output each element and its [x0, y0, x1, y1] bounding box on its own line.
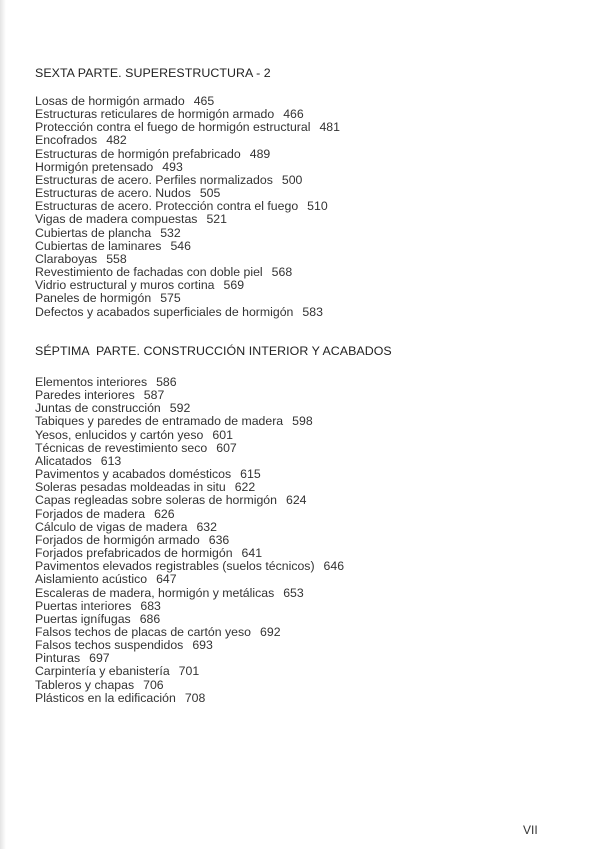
toc-entry-page: 568 [272, 265, 293, 279]
toc-entry-title: Soleras pesadas moldeadas in situ [35, 480, 226, 494]
toc-entry-page: 626 [154, 507, 175, 521]
toc-entry-title: Cubiertas de plancha [35, 226, 151, 240]
toc-entry-title: Revestimiento de fachadas con doble piel [35, 265, 263, 279]
toc-entry-page: 575 [160, 291, 181, 305]
toc-entry-page: 466 [283, 107, 304, 121]
toc-entry-title: Estructuras de acero. Nudos [35, 186, 191, 200]
toc-entry-title: Capas regleadas sobre soleras de hormigó… [35, 493, 277, 507]
page-number: VII [523, 823, 538, 837]
toc-entry-page: 489 [250, 147, 271, 161]
toc-entry-page: 592 [170, 401, 191, 415]
toc-entry-title: Cubiertas de laminares [35, 239, 161, 253]
toc-entry-page: 622 [235, 480, 256, 494]
toc-entry-title: Paneles de hormigón [35, 291, 151, 305]
section-title: SEXTA PARTE. SUPERESTRUCTURA - 2 [35, 66, 340, 80]
toc-entry-page: 521 [206, 212, 227, 226]
toc-entry-title: Estructuras de acero. Perfiles normaliza… [35, 173, 273, 187]
section-septima-parte: SÉPTIMA PARTE. CONSTRUCCIÓN INTERIOR Y A… [35, 344, 392, 705]
toc-entry-page: 647 [156, 572, 177, 586]
toc-entry-page: 708 [185, 691, 206, 705]
toc-entry-title: Aislamiento acústico [35, 572, 147, 586]
toc-entry-title: Pinturas [35, 651, 80, 665]
toc-entry-page: 493 [162, 160, 183, 174]
toc-entry-title: Encofrados [35, 133, 97, 147]
page-edge-shadow [0, 0, 6, 849]
toc-entry-title: Escaleras de madera, hormigón y metálica… [35, 586, 274, 600]
toc-entry-page: 505 [200, 186, 221, 200]
toc-entry-page: 632 [196, 520, 217, 534]
toc-entry-title: Forjados prefabricados de hormigón [35, 546, 233, 560]
toc-entry-title: Vigas de madera compuestas [35, 212, 197, 226]
toc-entry-title: Puertas interiores [35, 599, 131, 613]
toc-entry-page: 613 [101, 454, 122, 468]
toc-entry-page: 465 [194, 94, 215, 108]
toc-entry-page: 481 [319, 120, 340, 134]
toc-entry-title: Falsos techos suspendidos [35, 638, 183, 652]
toc-list: Elementos interiores586Paredes interiore… [35, 372, 392, 705]
toc-entry-title: Pavimentos elevados registrables (suelos… [35, 559, 315, 573]
toc-entry-title: Alicatados [35, 454, 92, 468]
toc-entry-page: 693 [192, 638, 213, 652]
toc-entry-page: 701 [179, 664, 200, 678]
toc-entry-page: 683 [140, 599, 161, 613]
toc-entry-page: 546 [170, 239, 191, 253]
toc-entry-page: 697 [89, 651, 110, 665]
toc-entry-page: 532 [160, 226, 181, 240]
section-sexta-parte: SEXTA PARTE. SUPERESTRUCTURA - 2 Losas d… [35, 66, 340, 319]
toc-entry-title: Defectos y acabados superficiales de hor… [35, 305, 293, 319]
toc-entry: Defectos y acabados superficiales de hor… [35, 306, 340, 319]
toc-entry-title: Puertas ignífugas [35, 612, 131, 626]
toc-entry-page: 510 [307, 199, 328, 213]
toc-entry-title: Cálculo de vigas de madera [35, 520, 187, 534]
toc-entry-page: 558 [106, 252, 127, 266]
toc-entry-page: 583 [302, 305, 323, 319]
toc-entry-page: 586 [156, 375, 177, 389]
toc-entry-title: Elementos interiores [35, 375, 147, 389]
toc-entry-page: 706 [143, 678, 164, 692]
toc-entry-title: Protección contra el fuego de hormigón e… [35, 120, 310, 134]
toc-entry-page: 569 [224, 278, 245, 292]
toc-entry: Plásticos en la edificación708 [35, 692, 392, 705]
toc-entry-page: 607 [216, 441, 237, 455]
toc-entry-title: Yesos, enlucidos y cartón yeso [35, 428, 203, 442]
toc-entry-title: Paredes interiores [35, 388, 135, 402]
toc-entry-page: 601 [212, 428, 233, 442]
toc-entry-page: 598 [292, 414, 313, 428]
toc-entry-title: Técnicas de revestimiento seco [35, 441, 207, 455]
toc-entry-title: Tableros y chapas [35, 678, 134, 692]
toc-entry-title: Hormigón pretensado [35, 160, 153, 174]
toc-entry-title: Estructuras de acero. Protección contra … [35, 199, 298, 213]
toc-entry-title: Plásticos en la edificación [35, 691, 176, 705]
toc-entry-title: Estructuras reticulares de hormigón arma… [35, 107, 274, 121]
toc-entry-title: Tabiques y paredes de entramado de mader… [35, 414, 283, 428]
toc-list: Losas de hormigón armado465Estructuras r… [35, 95, 340, 319]
toc-entry-title: Vidrio estructural y muros cortina [35, 278, 215, 292]
toc-entry-page: 636 [209, 533, 230, 547]
toc-entry-title: Juntas de construcción [35, 401, 161, 415]
toc-entry-title: Claraboyas [35, 252, 97, 266]
toc-entry-title: Carpintería y ebanistería [35, 664, 170, 678]
toc-entry-page: 641 [242, 546, 263, 560]
toc-entry-page: 482 [106, 133, 127, 147]
toc-entry-title: Estructuras de hormigón prefabricado [35, 147, 241, 161]
toc-entry-page: 624 [286, 493, 307, 507]
toc-entry-page: 692 [260, 625, 281, 639]
toc-entry-title: Pavimentos y acabados domésticos [35, 467, 231, 481]
toc-entry-page: 615 [240, 467, 261, 481]
toc-entry-page: 653 [283, 586, 304, 600]
toc-entry-page: 686 [140, 612, 161, 626]
toc-entry-page: 587 [144, 388, 165, 402]
toc-entry-title: Forjados de hormigón armado [35, 533, 200, 547]
toc-entry-page: 500 [282, 173, 303, 187]
toc-entry-title: Forjados de madera [35, 507, 145, 521]
toc-entry-title: Losas de hormigón armado [35, 94, 185, 108]
section-title: SÉPTIMA PARTE. CONSTRUCCIÓN INTERIOR Y A… [35, 344, 392, 358]
toc-entry-title: Falsos techos de placas de cartón yeso [35, 625, 251, 639]
toc-entry-page: 646 [324, 559, 345, 573]
